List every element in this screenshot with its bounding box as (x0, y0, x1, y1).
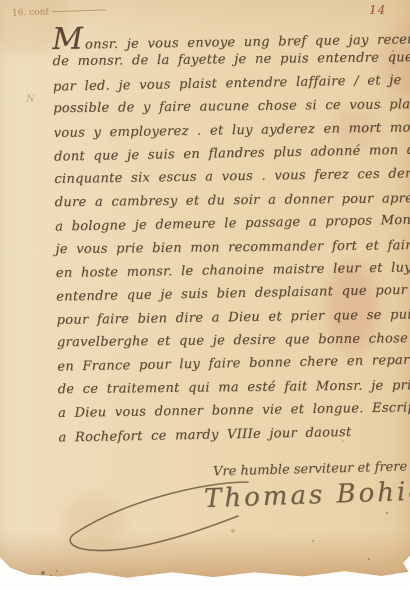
page-number: 14 (369, 3, 386, 17)
archival-annotation: 16. conf (12, 5, 106, 18)
paper-stain (62, 496, 124, 550)
letter-closing: Vre humble serviteur et frere (213, 460, 403, 480)
letter-body: Monsr. je vous envoye ung bref que jay r… (52, 23, 409, 449)
margin-mark: N (26, 94, 35, 105)
signature: Thomas Bohier (204, 476, 410, 514)
annotation-rule (52, 9, 106, 12)
archival-annotation-text: 16. conf (12, 7, 49, 18)
manuscript-photo: 16. conf 14 N Monsr. je vous envoye ung … (0, 0, 410, 590)
fold-crease (30, 0, 32, 413)
letter-paper-sheet: 16. conf 14 N Monsr. je vous envoye ung … (0, 0, 410, 590)
